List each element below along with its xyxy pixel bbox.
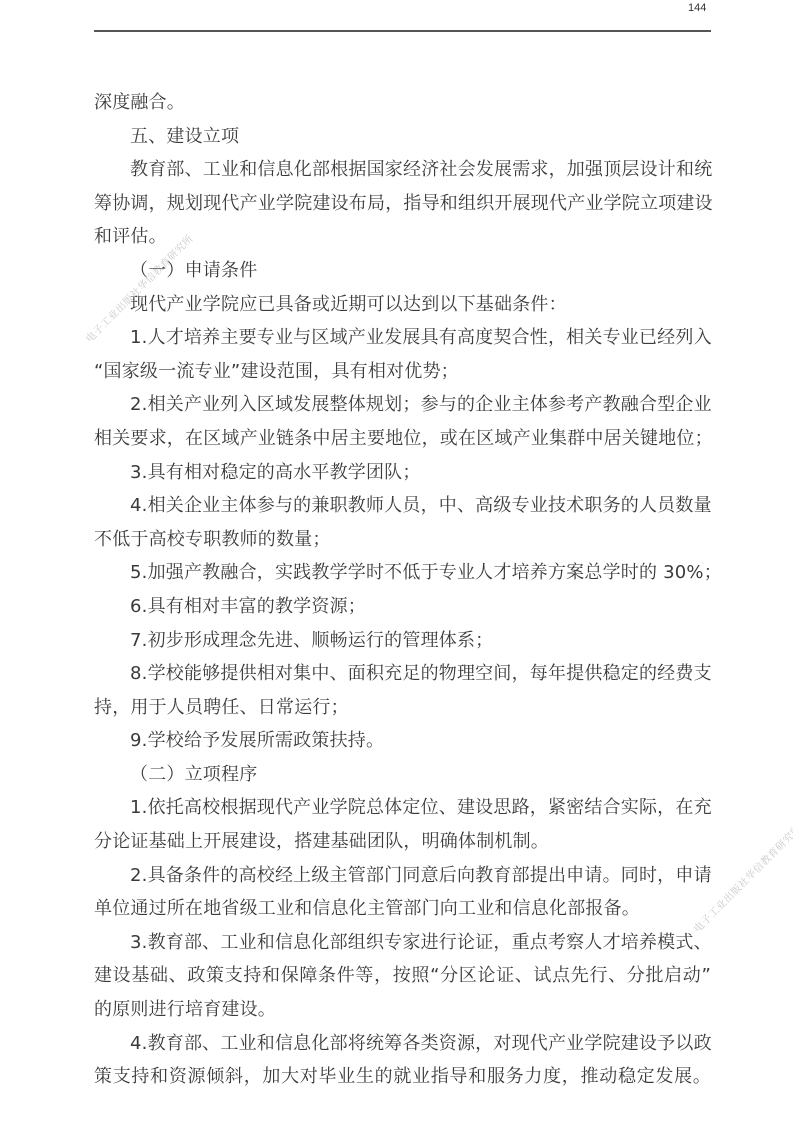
page-number: 144	[688, 2, 706, 14]
list-item-line: 策支持和资源倾斜，加大对毕业生的就业指导和服务力度，推动稳定发展。	[94, 1060, 711, 1094]
list-item-line: 2.具备条件的高校经上级主管部门同意后向教育部提出申请。同时，申请	[94, 859, 711, 893]
list-item-line: 持，用于人员聘任、日常运行；	[94, 691, 711, 725]
section-heading: 五、建设立项	[94, 120, 711, 154]
list-item-line: 1.人才培养主要专业与区域产业发展具有高度契合性，相关专业已经列入	[94, 321, 711, 355]
list-item-line: 5.加强产教融合，实践教学学时不低于专业人才培养方案总学时的 30%；	[94, 556, 711, 590]
list-item-line: 相关要求，在区域产业链条中居主要地位，或在区域产业集群中居关键地位；	[94, 422, 711, 456]
list-item-line: 4.教育部、工业和信息化部将统筹各类资源，对现代产业学院建设予以政	[94, 1027, 711, 1061]
paragraph-line: 和评估。	[94, 220, 711, 254]
list-item-line: 建设基础、政策支持和保障条件等，按照“分区论证、试点先行、分批启动”	[94, 959, 711, 993]
list-item-line: “国家级一流专业”建设范围，具有相对优势；	[94, 355, 711, 389]
paragraph-line: 教育部、工业和信息化部根据国家经济社会发展需求，加强顶层设计和统	[94, 153, 711, 187]
list-item-line: 9.学校给予发展所需政策扶持。	[94, 724, 711, 758]
list-item-line: 3.教育部、工业和信息化部组织专家进行论证，重点考察人才培养模式、	[94, 926, 711, 960]
list-item-line: 3.具有相对稳定的高水平教学团队；	[94, 456, 711, 490]
paragraph-line: 筹协调，规划现代产业学院建设布局，指导和组织开展现代产业学院立项建设	[94, 187, 711, 221]
paragraph-line: 深度融合。	[94, 86, 711, 120]
list-item-line: 的原则进行培育建设。	[94, 993, 711, 1027]
document-body: 深度融合。 五、建设立项 教育部、工业和信息化部根据国家经济社会发展需求，加强顶…	[94, 86, 711, 1094]
list-item-line: 7.初步形成理念先进、顺畅运行的管理体系；	[94, 624, 711, 658]
list-item-line: 2.相关产业列入区域发展整体规划；参与的企业主体参考产教融合型企业	[94, 388, 711, 422]
list-item-line: 1.依托高校根据现代产业学院总体定位、建设思路，紧密结合实际，在充	[94, 791, 711, 825]
subsection-heading: （一）申请条件	[94, 254, 711, 288]
list-item-line: 6.具有相对丰富的教学资源；	[94, 590, 711, 624]
list-item-line: 单位通过所在地省级工业和信息化主管部门向工业和信息化部报备。	[94, 892, 711, 926]
paragraph-line: 现代产业学院应已具备或近期可以达到以下基础条件：	[94, 288, 711, 322]
list-item-line: 分论证基础上开展建设，搭建基础团队，明确体制机制。	[94, 825, 711, 859]
list-item-line: 4.相关企业主体参与的兼职教师人员，中、高级专业技术职务的人员数量	[94, 489, 711, 523]
list-item-line: 8.学校能够提供相对集中、面积充足的物理空间，每年提供稳定的经费支	[94, 657, 711, 691]
list-item-line: 不低于高校专职教师的数量；	[94, 523, 711, 557]
header-divider	[94, 30, 711, 32]
subsection-heading: （二）立项程序	[94, 758, 711, 792]
